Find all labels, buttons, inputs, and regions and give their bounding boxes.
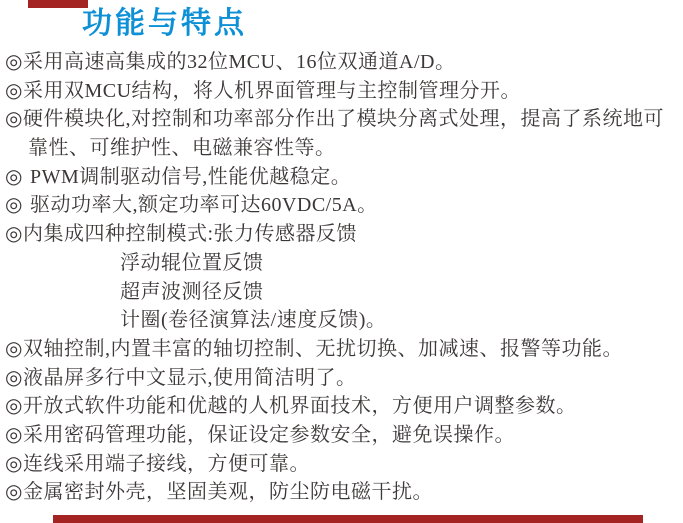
- feature-line: 超声波测径反馈: [5, 278, 681, 307]
- feature-text: 硬件模块化,对控制和功率部分作出了模块分离式处理，提高了系统地可: [23, 108, 664, 130]
- feature-line: ◎采用密码管理功能，保证设定参数安全，避免误操作。: [5, 421, 681, 450]
- feature-line: ◎采用双MCU结构，将人机界面管理与主控制管理分开。: [5, 77, 681, 106]
- feature-line: ◎PWM调制驱动信号,性能优越稳定。: [5, 163, 681, 192]
- bullet-icon: ◎: [5, 163, 23, 192]
- feature-line: ◎金属密封外壳，坚固美观，防尘防电磁干扰。: [5, 478, 681, 507]
- feature-text: 开放式软件功能和优越的人机界面技术，方便用户调整参数。: [23, 395, 577, 417]
- feature-text: 内集成四种控制模式:张力传感器反馈: [23, 223, 357, 245]
- feature-line: ◎内集成四种控制模式:张力传感器反馈: [5, 220, 681, 249]
- feature-text: 采用密码管理功能，保证设定参数安全，避免误操作。: [23, 424, 515, 446]
- bullet-icon: ◎: [5, 191, 23, 220]
- feature-text: 计圈(卷径演算法/速度反馈)。: [120, 309, 386, 331]
- feature-list: ◎采用高速高集成的32位MCU、16位双通道A/D。◎采用双MCU结构，将人机界…: [5, 48, 681, 507]
- feature-line: ◎液晶屏多行中文显示,使用简洁明了。: [5, 364, 681, 393]
- bullet-icon: ◎: [5, 335, 23, 364]
- bullet-icon: ◎: [5, 105, 23, 134]
- feature-text: 采用高速高集成的32位MCU、16位双通道A/D。: [23, 51, 456, 73]
- feature-line: 计圈(卷径演算法/速度反馈)。: [5, 306, 681, 335]
- page-title: 功能与特点: [82, 6, 247, 42]
- feature-text: 超声波测径反馈: [120, 281, 264, 303]
- feature-line: ◎开放式软件功能和优越的人机界面技术，方便用户调整参数。: [5, 392, 681, 421]
- feature-line: ◎采用高速高集成的32位MCU、16位双通道A/D。: [5, 48, 681, 77]
- feature-text: 采用双MCU结构，将人机界面管理与主控制管理分开。: [23, 80, 521, 102]
- bullet-icon: ◎: [5, 364, 23, 393]
- bullet-icon: ◎: [5, 478, 23, 507]
- bullet-icon: ◎: [5, 77, 23, 106]
- feature-line: 浮动辊位置反馈: [5, 249, 681, 278]
- bullet-icon: ◎: [5, 421, 23, 450]
- feature-line: ◎驱动功率大,额定功率可达60VDC/5A。: [5, 191, 681, 220]
- feature-line: ◎连线采用端子接线，方便可靠。: [5, 450, 681, 479]
- catalog-page: 功能与特点 ◎采用高速高集成的32位MCU、16位双通道A/D。◎采用双MCU结…: [0, 0, 683, 523]
- feature-text: 双轴控制,内置丰富的轴切控制、无扰切换、加减速、报警等功能。: [23, 338, 623, 360]
- bottom-accent-bar: [53, 515, 643, 523]
- feature-text: 驱动功率大,额定功率可达60VDC/5A。: [30, 194, 378, 216]
- feature-text: 金属密封外壳，坚固美观，防尘防电磁干扰。: [23, 481, 433, 503]
- feature-text: 靠性、可维护性、电磁兼容性等。: [28, 137, 336, 159]
- bullet-icon: ◎: [5, 450, 23, 479]
- feature-line: ◎硬件模块化,对控制和功率部分作出了模块分离式处理，提高了系统地可: [5, 105, 681, 134]
- bullet-icon: ◎: [5, 220, 23, 249]
- feature-line: 靠性、可维护性、电磁兼容性等。: [5, 134, 681, 163]
- bullet-icon: ◎: [5, 48, 23, 77]
- top-accent-bar: [28, 0, 88, 8]
- feature-line: ◎双轴控制,内置丰富的轴切控制、无扰切换、加减速、报警等功能。: [5, 335, 681, 364]
- feature-text: 浮动辊位置反馈: [120, 252, 264, 274]
- feature-text: 液晶屏多行中文显示,使用简洁明了。: [23, 367, 357, 389]
- bullet-icon: ◎: [5, 392, 23, 421]
- feature-text: PWM调制驱动信号,性能优越稳定。: [30, 166, 351, 188]
- feature-text: 连线采用端子接线，方便可靠。: [23, 453, 310, 475]
